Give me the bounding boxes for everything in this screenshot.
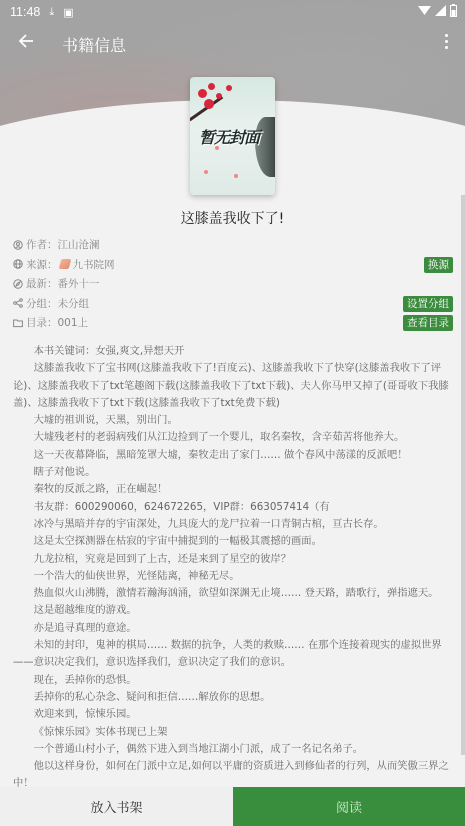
change-source-button[interactable]: 换源	[424, 257, 453, 273]
info-toc: 目录： 001上 查看目录	[13, 313, 453, 333]
cover-petal	[204, 170, 208, 174]
intro-paragraph: 亦是追寻真理的意途。	[13, 620, 453, 637]
intro-paragraph: 一个普通山村小子，偶然下进入到当地江湖小门派，成了一名记名弟子。	[13, 741, 453, 758]
read-button[interactable]: 阅读	[233, 787, 465, 826]
intro-paragraph: 这一天夜幕降临，黑暗笼罩大墟，秦牧走出了家门…… 做个春风中荡漾的反派吧！	[13, 447, 453, 464]
toolbar: 书籍信息	[0, 24, 465, 64]
battery-icon	[450, 4, 457, 17]
intro-paragraph: 这是超越维度的游戏。	[13, 602, 453, 619]
author-label: 作者：	[26, 237, 58, 252]
cover-blossom	[226, 85, 232, 91]
status-time: 11:48	[10, 5, 40, 19]
cover-blossom	[198, 89, 207, 98]
source-site-icon	[58, 259, 71, 269]
intro-paragraph: 欢迎来到，惊悚乐园。	[13, 706, 453, 723]
book-title: 这膝盖我收下了!	[0, 208, 465, 228]
intro-paragraph: 一个浩大的仙侠世界，光怪陆离，神秘无尽。	[13, 568, 453, 585]
scrollbar[interactable]	[461, 195, 465, 755]
cover-petal	[234, 174, 238, 178]
book-info: 作者： 江山沧澜 来源： 九书院网 换源 最新： 番外十一 分组： 未分组 设置…	[13, 235, 453, 333]
intro-paragraph: 这是太空探测器在枯寂的宇宙中捕捉到的一幅极其震撼的画面。	[13, 533, 453, 550]
intro-paragraph: 冰冷与黑暗并存的宇宙深处，九具庞大的龙尸拉着一口青铜古棺，亘古长存。	[13, 516, 453, 533]
set-group-button[interactable]: 设置分组	[403, 296, 453, 312]
intro-paragraph: 这膝盖我收下了宝书网(这膝盖我收下了!百度云)、这膝盖我收下了快穿(这膝盖我收下…	[13, 360, 453, 412]
more-vert-icon[interactable]	[445, 34, 449, 49]
status-bar: 11:48 ⤓ ▣	[0, 0, 465, 24]
view-toc-button[interactable]: 查看目录	[403, 315, 453, 331]
signal-icon	[435, 5, 446, 16]
toc-label: 目录：	[26, 315, 58, 330]
page-title: 书籍信息	[62, 33, 126, 56]
intro-paragraph: 大墟的祖训说，天黑，别出门。	[13, 412, 453, 429]
cover-blossom	[216, 93, 222, 99]
author-icon	[13, 240, 23, 250]
latest-label: 最新：	[26, 276, 58, 291]
toc-value: 001上	[58, 315, 89, 330]
info-latest: 最新： 番外十一	[13, 274, 453, 294]
intro-paragraph: 热血似火山沸腾，激情若瀚海汹涌，欲望如深渊无止境…… 登天路，踏歌行，弹指遮天。	[13, 585, 453, 602]
cover-petal	[215, 146, 219, 150]
info-source: 来源： 九书院网 换源	[13, 255, 453, 275]
intro-paragraph: 未知的封印，鬼神的棋局…… 数据的抗争，人类的救赎…… 在那个连接着现实的虚拟世…	[13, 637, 453, 672]
latest-value: 番外十一	[58, 276, 100, 291]
add-to-shelf-button[interactable]: 放入书架	[0, 787, 233, 826]
intro-paragraph: 大墟残老村的老弱病残们从江边捡到了一个婴儿，取名秦牧，含辛茹苦将他养大。	[13, 429, 453, 446]
source-value: 九书院网	[73, 257, 115, 272]
source-label: 来源：	[26, 257, 58, 272]
arrow-left-icon[interactable]	[18, 32, 34, 52]
intro-paragraph: 瞎子对他说。	[13, 464, 453, 481]
info-group: 分组： 未分组 设置分组	[13, 294, 453, 314]
intro-paragraph: 丢掉你的私心杂念、疑问和拒信……解放你的思想。	[13, 689, 453, 706]
folder-icon	[13, 318, 23, 328]
info-author: 作者： 江山沧澜	[13, 235, 453, 255]
intro-paragraph: 本书关键词：女强,爽文,异想天开	[13, 343, 453, 360]
cover-blossom	[204, 99, 214, 109]
group-label: 分组：	[26, 296, 58, 311]
intro-paragraph: 现在，丢掉你的恐惧。	[13, 672, 453, 689]
cover-blossom	[208, 83, 215, 90]
image-icon: ▣	[63, 6, 73, 19]
book-cover[interactable]: 暂无封面	[190, 77, 275, 195]
share-icon	[13, 298, 23, 308]
intro-paragraph: 书友群：600290060，624672265，VIP群：663057414（有	[13, 499, 453, 516]
compass-icon	[13, 279, 23, 289]
globe-icon	[13, 259, 23, 269]
intro-paragraph: 秦牧的反派之路，正在崛起！	[13, 481, 453, 498]
download-icon: ⤓	[49, 5, 54, 19]
book-intro: 本书关键词：女强,爽文,异想天开 这膝盖我收下了宝书网(这膝盖我收下了!百度云)…	[13, 343, 453, 826]
cover-placeholder-text: 暂无封面	[199, 125, 259, 148]
author-value[interactable]: 江山沧澜	[58, 237, 100, 252]
bottom-bar: 放入书架 阅读	[0, 787, 465, 826]
intro-paragraph: 九龙拉棺，究竟是回到了上古，还是来到了星空的彼岸？	[13, 551, 453, 568]
intro-paragraph: 《惊悚乐园》实体书现已上架	[13, 724, 453, 741]
group-value: 未分组	[58, 296, 90, 311]
wifi-icon	[418, 5, 431, 16]
